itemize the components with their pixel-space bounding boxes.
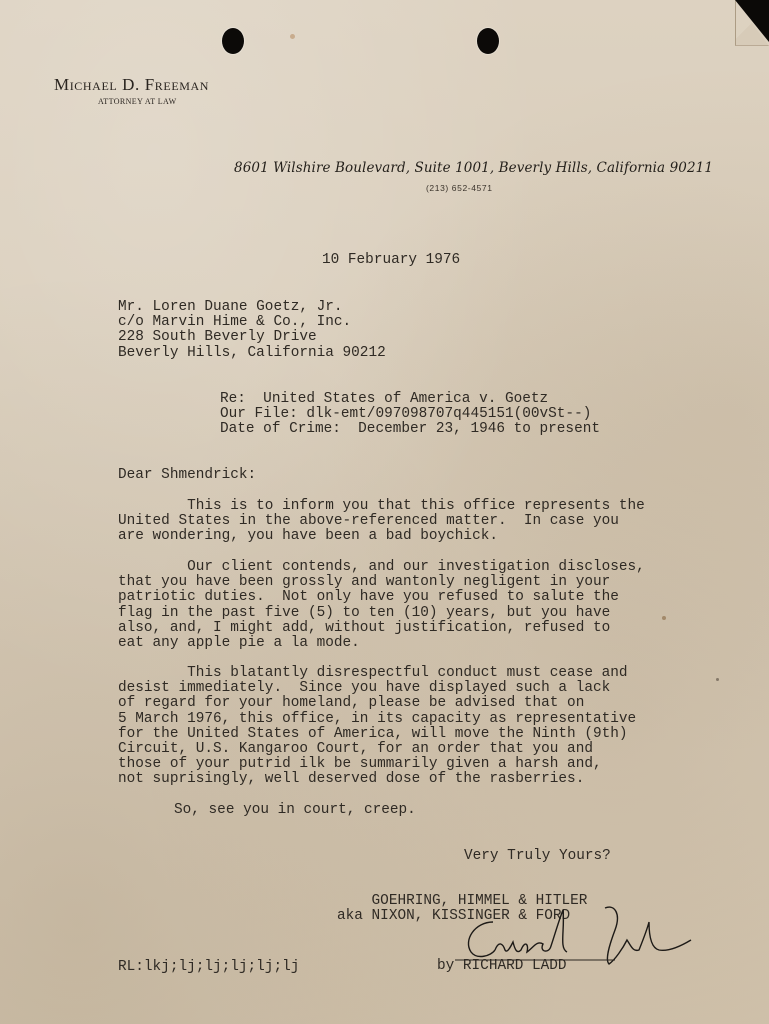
paragraph-line: not suprisingly, well deserved dose of t… (118, 771, 584, 787)
paragraph-line: Circuit, U.S. Kangaroo Court, for an ord… (118, 741, 593, 757)
paper-speck (716, 678, 719, 681)
reference-initials: RL:lkj;lj;lj;lj;lj;lj (118, 960, 299, 975)
paragraph-line: those of your putrid ilk be summarily gi… (118, 756, 602, 772)
paragraph-line: United States in the above-referenced ma… (118, 513, 619, 529)
paragraph-line: 5 March 1976, this office, in its capaci… (118, 711, 636, 727)
date-of-crime-line: Date of Crime: December 23, 1946 to pres… (220, 421, 600, 437)
letterhead-address: 8601 Wilshire Boulevard, Suite 1001, Bev… (234, 160, 713, 176)
recipient-line: c/o Marvin Hime & Co., Inc. (118, 314, 351, 330)
paragraph-line: also, and, I might add, without justific… (118, 620, 610, 636)
paragraph-line: This is to inform you that this office r… (118, 498, 645, 514)
body-paragraph-3: This blatantly disrespectful conduct mus… (118, 666, 636, 788)
reference-block: Re: United States of America v. Goetz Ou… (220, 392, 600, 438)
paper-speck (662, 616, 666, 620)
recipient-line: Mr. Loren Duane Goetz, Jr. (118, 299, 343, 315)
body-paragraph-4: So, see you in court, creep. (174, 803, 416, 818)
file-line: Our File: dlk-emt/097098707q445151(00vSt… (220, 406, 591, 422)
closing: Very Truly Yours? (464, 849, 611, 864)
recipient-line: Beverly Hills, California 90212 (118, 345, 386, 361)
paragraph-line: patriotic duties. Not only have you refu… (118, 589, 619, 605)
letterhead-name: Michael D. Freeman (54, 75, 209, 95)
letterhead-phone: (213) 652-4571 (426, 183, 493, 193)
paragraph-line: for the United States of America, will m… (118, 726, 628, 742)
signer-name: by RICHARD LADD (437, 959, 567, 974)
punch-hole-right (477, 28, 499, 54)
paragraph-line: that you have been grossly and wantonly … (118, 574, 610, 590)
re-line: Re: United States of America v. Goetz (220, 391, 548, 407)
body-paragraph-1: This is to inform you that this office r… (118, 499, 645, 545)
paragraph-line: This blatantly disrespectful conduct mus… (118, 665, 628, 681)
letter-date: 10 February 1976 (322, 253, 460, 268)
paragraph-line: Our client contends, and our investigati… (118, 559, 645, 575)
paragraph-line: eat any apple pie a la mode. (118, 635, 360, 651)
paragraph-line: flag in the past five (5) to ten (10) ye… (118, 605, 610, 621)
recipient-line: 228 South Beverly Drive (118, 329, 317, 345)
letter-page: Michael D. Freeman ATTORNEY AT LAW 8601 … (0, 0, 769, 1024)
punch-hole-left (222, 28, 244, 54)
paper-speck (290, 34, 295, 39)
body-paragraph-2: Our client contends, and our investigati… (118, 560, 645, 651)
paragraph-line: of regard for your homeland, please be a… (118, 695, 584, 711)
letterhead-title: ATTORNEY AT LAW (98, 97, 177, 106)
paragraph-line: are wondering, you have been a bad boych… (118, 528, 498, 544)
recipient-address: Mr. Loren Duane Goetz, Jr. c/o Marvin Hi… (118, 300, 386, 361)
paragraph-line: desist immediately. Since you have displ… (118, 680, 610, 696)
salutation: Dear Shmendrick: (118, 468, 256, 483)
